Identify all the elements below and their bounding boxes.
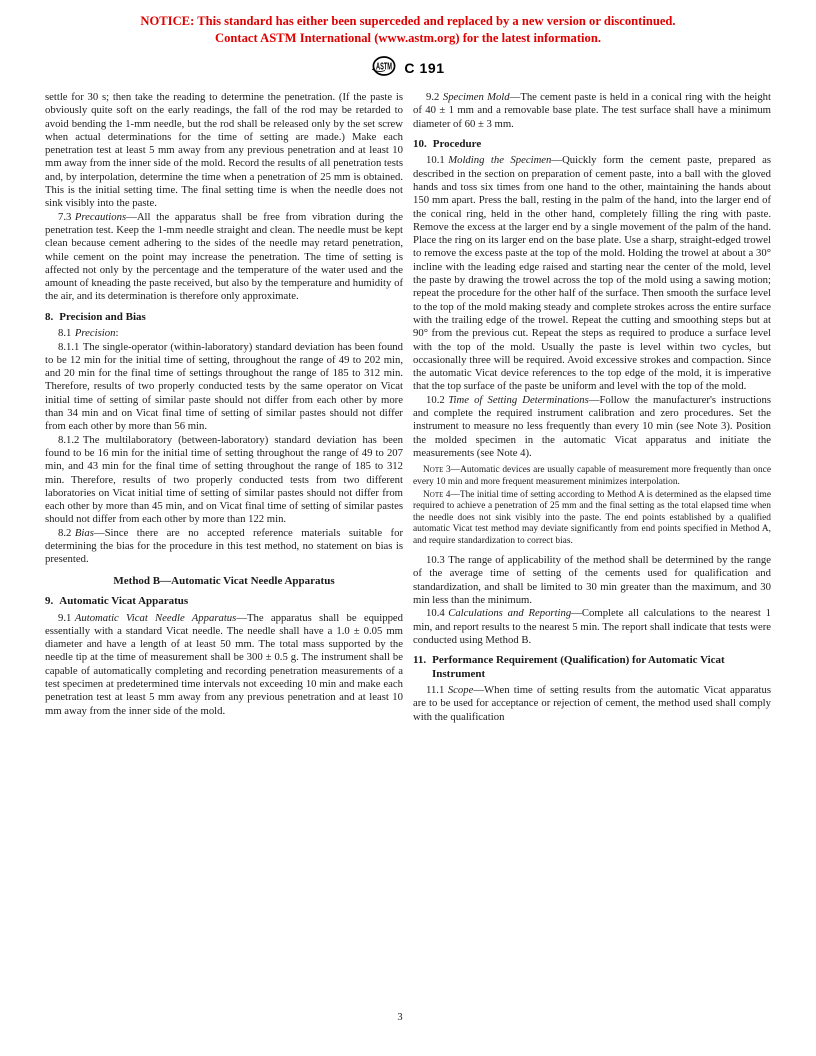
section-heading: 10.Procedure bbox=[413, 138, 771, 152]
clause-number: 10.4 bbox=[426, 607, 445, 619]
separator: — bbox=[589, 394, 600, 406]
clause-term: Precautions bbox=[75, 211, 126, 223]
clause-number: 10.3 bbox=[426, 554, 445, 566]
section-heading: 9.Automatic Vicat Apparatus bbox=[45, 595, 403, 609]
notice-line-2: Contact ASTM International (www.astm.org… bbox=[0, 30, 816, 47]
clause-term: Specimen Mold bbox=[443, 91, 510, 103]
clause-text: The multilaboratory (between-laboratory)… bbox=[45, 434, 403, 526]
clause-number: 10.2 bbox=[426, 394, 445, 406]
separator: — bbox=[510, 91, 521, 103]
section-heading: 11.Performance Requirement (Qualificatio… bbox=[413, 654, 771, 681]
clause-number: 8.1.2 bbox=[58, 434, 79, 446]
clause-text: The single-operator (within-laboratory) … bbox=[45, 341, 403, 433]
clause-number: 11.1 bbox=[426, 684, 444, 696]
paragraph: 9.1Automatic Vicat Needle Apparatus—The … bbox=[45, 612, 403, 718]
clause-number: 10.1 bbox=[426, 154, 445, 166]
document-identifier: ASTM C 191 bbox=[0, 56, 816, 80]
separator: : bbox=[115, 327, 118, 339]
clause-text: Quickly form the cement paste, prepared … bbox=[413, 154, 771, 392]
astm-logo-icon: ASTM bbox=[371, 55, 397, 82]
notice-line-1: NOTICE: This standard has either been su… bbox=[0, 13, 816, 30]
section-title: Precision and Bias bbox=[59, 311, 146, 323]
clause-number: 9.1 bbox=[58, 612, 71, 624]
section-title: Procedure bbox=[433, 138, 481, 150]
separator: — bbox=[473, 684, 484, 696]
separator: — bbox=[236, 612, 247, 624]
section-title: Automatic Vicat Apparatus bbox=[59, 595, 188, 607]
clause-number: 8.1 bbox=[58, 327, 71, 339]
clause-number: 9.2 bbox=[426, 91, 439, 103]
clause-term: Scope bbox=[448, 684, 474, 696]
paragraph: settle for 30 s; then take the reading t… bbox=[45, 91, 403, 211]
paragraph: 10.2Time of Setting Determinations—Follo… bbox=[413, 394, 771, 460]
note: Note 3—Automatic devices are usually cap… bbox=[413, 465, 771, 488]
paragraph: 10.1Molding the Specimen—Quickly form th… bbox=[413, 154, 771, 393]
supersession-notice: NOTICE: This standard has either been su… bbox=[0, 0, 816, 47]
separator: — bbox=[94, 527, 105, 539]
separator: — bbox=[126, 211, 137, 223]
page-number: 3 bbox=[0, 1012, 800, 1023]
note-label: Note 3 bbox=[423, 465, 451, 475]
paragraph: 8.2Bias—Since there are no accepted refe… bbox=[45, 527, 403, 567]
body-columns: settle for 30 s; then take the reading t… bbox=[0, 91, 816, 724]
note-label: Note 4 bbox=[423, 490, 450, 500]
method-heading: Method B—Automatic Vicat Needle Apparatu… bbox=[45, 575, 403, 589]
paragraph: 8.1Precision: bbox=[45, 327, 403, 340]
clause-number: 8.1.1 bbox=[58, 341, 79, 353]
separator: — bbox=[451, 465, 460, 475]
clause-text: The range of applicability of the method… bbox=[413, 554, 771, 606]
clause-term: Bias bbox=[75, 527, 94, 539]
column-right: 9.2Specimen Mold—The cement paste is hel… bbox=[413, 91, 771, 724]
separator: — bbox=[571, 607, 582, 619]
section-number: 11. bbox=[413, 654, 426, 666]
note: Note 4—The initial time of setting accor… bbox=[413, 490, 771, 547]
clause-number: 8.2 bbox=[58, 527, 71, 539]
clause-term: Calculations and Reporting bbox=[448, 607, 571, 619]
section-number: 8. bbox=[45, 311, 53, 323]
section-number: 9. bbox=[45, 595, 53, 607]
section-number: 10. bbox=[413, 138, 427, 150]
clause-term: Molding the Specimen bbox=[448, 154, 551, 166]
clause-text: The apparatus shall be equipped essentia… bbox=[45, 612, 403, 717]
separator: — bbox=[551, 154, 562, 166]
separator: — bbox=[450, 490, 459, 500]
paragraph: 10.4Calculations and Reporting—Complete … bbox=[413, 607, 771, 647]
clause-term: Time of Setting Determinations bbox=[448, 394, 589, 406]
clause-term: Automatic Vicat Needle Apparatus bbox=[75, 612, 236, 624]
paragraph: 8.1.1The single-operator (within-laborat… bbox=[45, 341, 403, 434]
paragraph: 7.3Precautions—All the apparatus shall b… bbox=[45, 211, 403, 304]
clause-text: settle for 30 s; then take the reading t… bbox=[45, 91, 403, 209]
paragraph: 10.3The range of applicability of the me… bbox=[413, 554, 771, 607]
note-text: Automatic devices are usually capable of… bbox=[413, 465, 771, 486]
clause-number: 7.3 bbox=[58, 211, 71, 223]
section-title: Performance Requirement (Qualification) … bbox=[432, 654, 725, 680]
paragraph: 9.2Specimen Mold—The cement paste is hel… bbox=[413, 91, 771, 131]
section-heading: 8.Precision and Bias bbox=[45, 311, 403, 325]
standard-designation: C 191 bbox=[404, 60, 444, 76]
column-left: settle for 30 s; then take the reading t… bbox=[45, 91, 403, 724]
paragraph: 8.1.2The multilaboratory (between-labora… bbox=[45, 434, 403, 527]
clause-term: Precision bbox=[75, 327, 116, 339]
svg-text:ASTM: ASTM bbox=[376, 60, 392, 72]
paragraph: 11.1Scope—When time of setting results f… bbox=[413, 684, 771, 724]
clause-text: All the apparatus shall be free from vib… bbox=[45, 211, 403, 303]
note-text: The initial time of setting according to… bbox=[413, 490, 771, 546]
document-page: NOTICE: This standard has either been su… bbox=[0, 0, 816, 1056]
